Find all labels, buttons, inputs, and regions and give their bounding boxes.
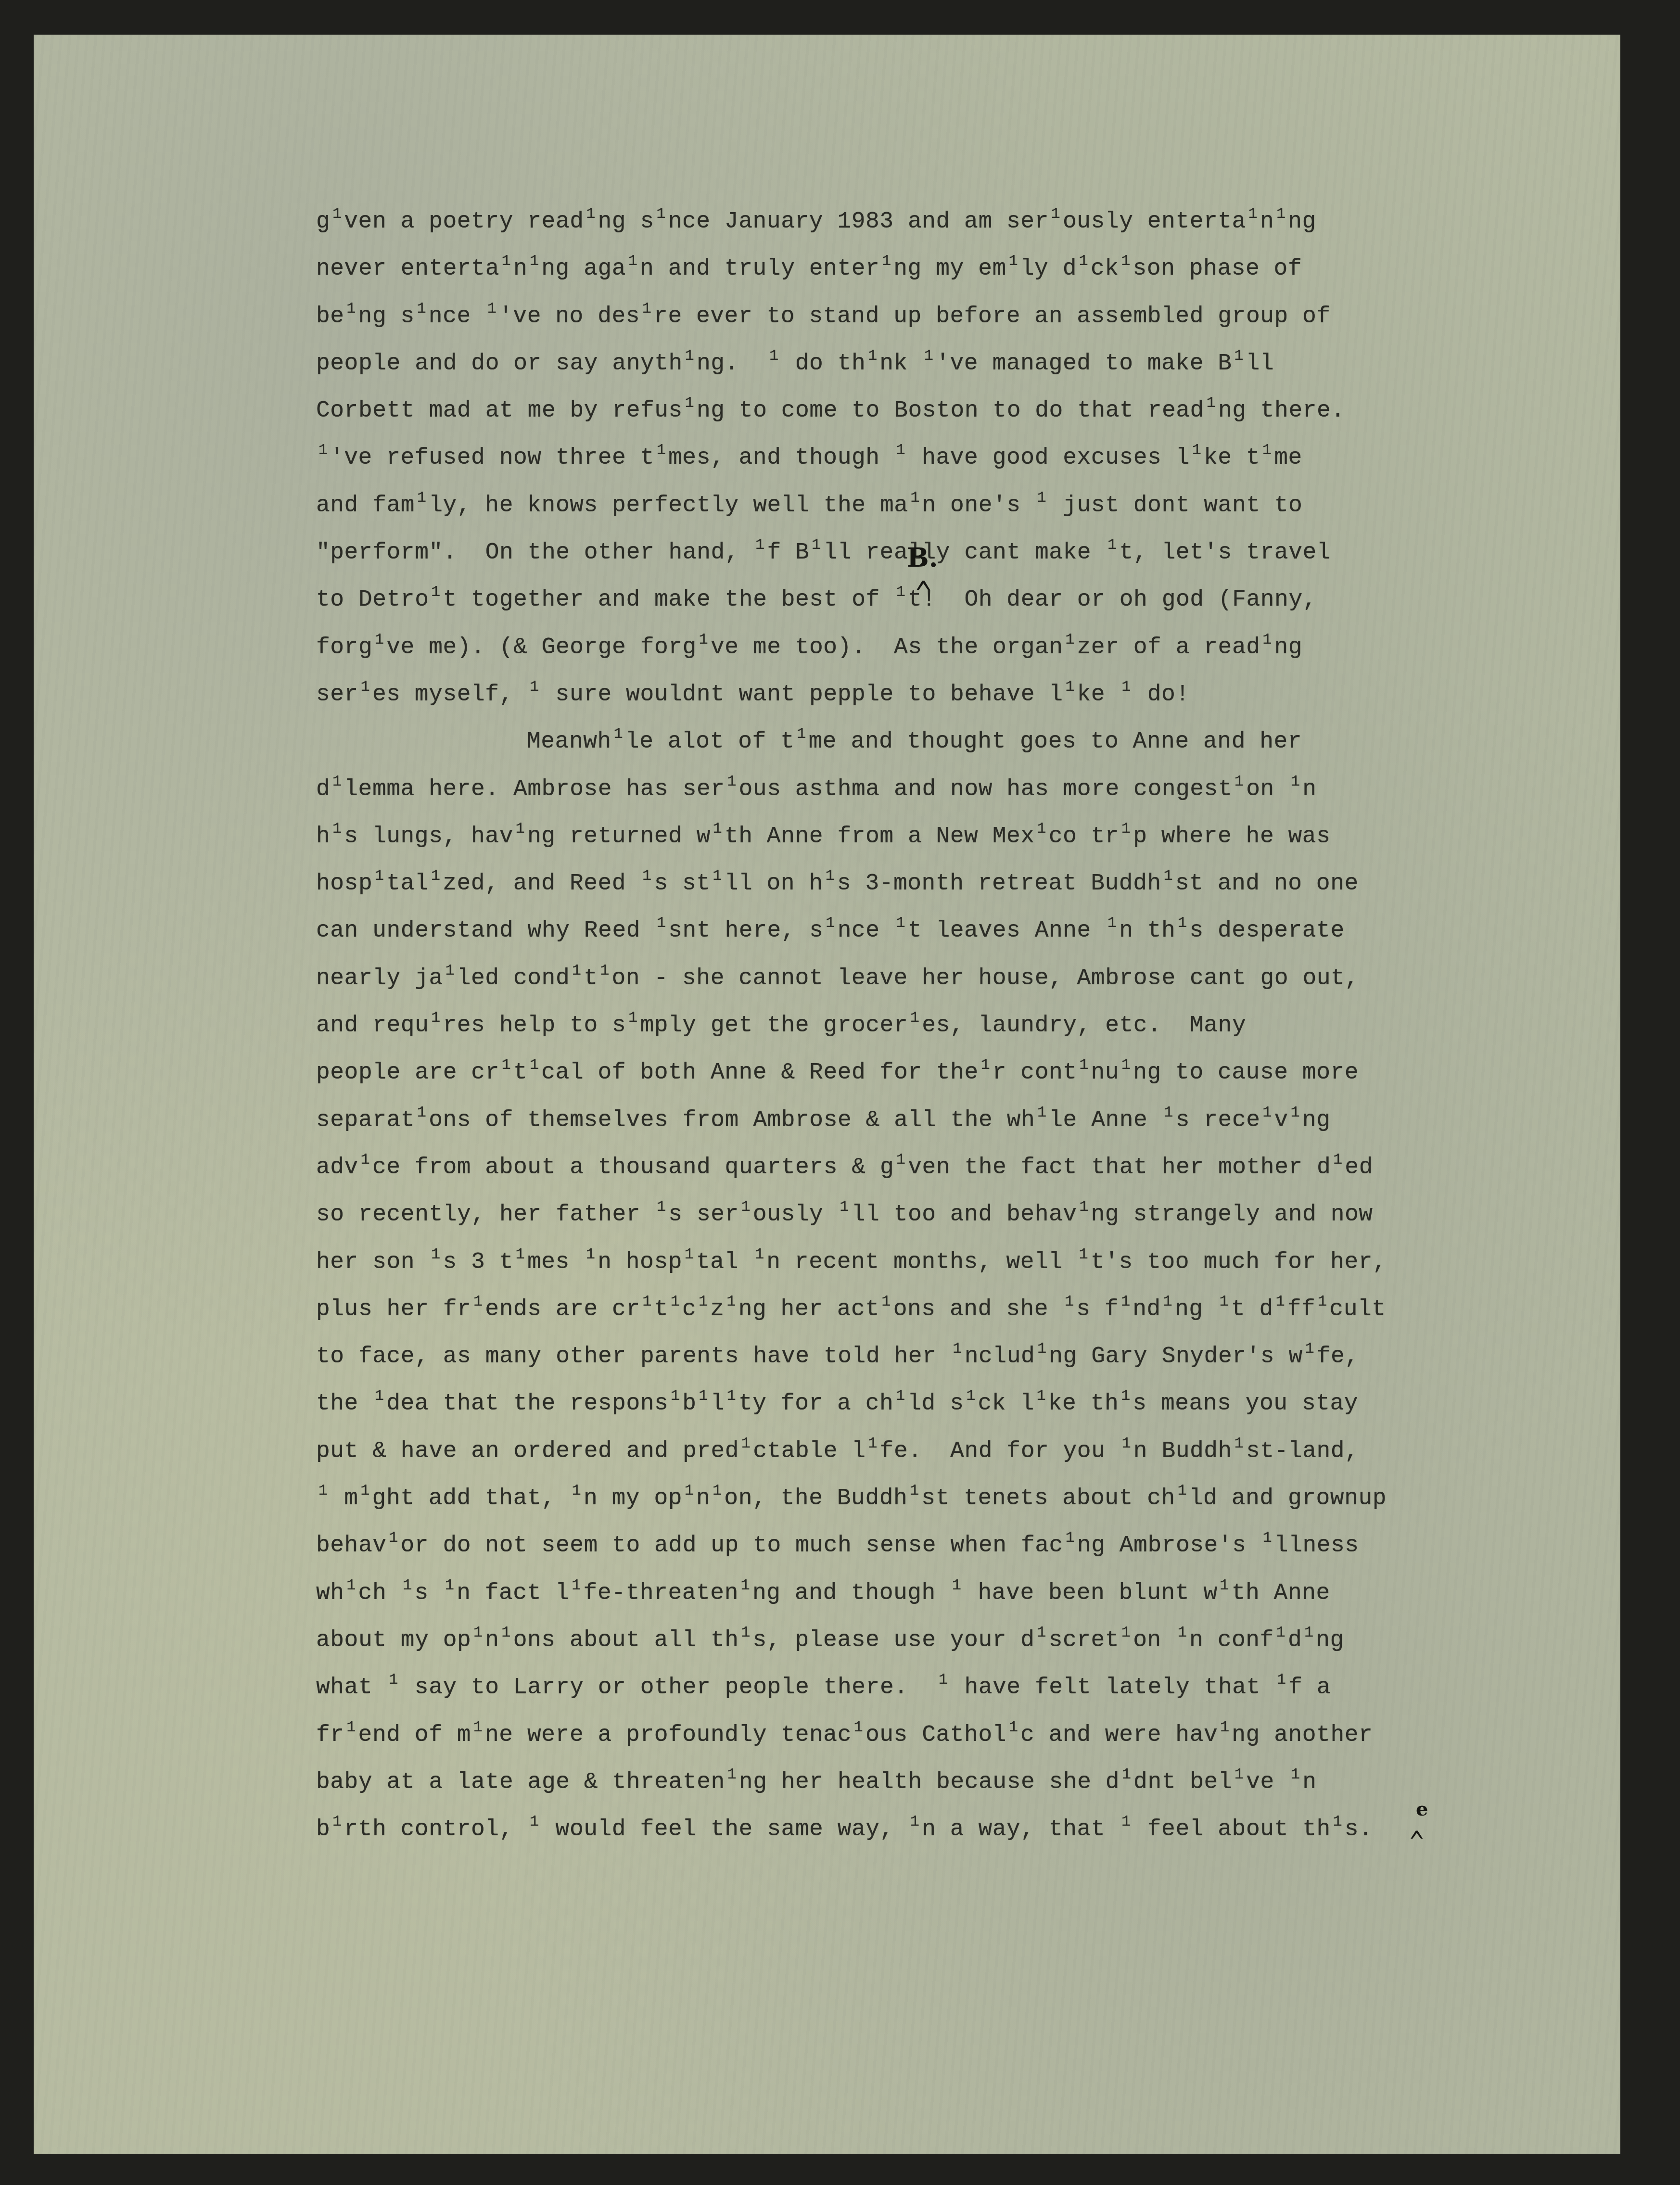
- raised-i-glyph: 1: [725, 1751, 739, 1798]
- raised-i-glyph: 1: [1161, 852, 1175, 900]
- text-line: to Detro1t together and make the best of…: [316, 576, 1615, 623]
- text-line: so recently, her father 1s ser1ously 1ll…: [316, 1191, 1615, 1238]
- raised-i-glyph: 1: [683, 332, 697, 380]
- raised-i-glyph: 1: [1119, 1042, 1133, 1089]
- raised-i-glyph: 1: [570, 947, 584, 994]
- raised-i-glyph: 1: [908, 474, 922, 521]
- text-line: her son 1s 3 t1mes 1n hosp1tal 1n recent…: [316, 1239, 1615, 1286]
- raised-i-glyph: 1: [711, 805, 725, 852]
- raised-i-glyph: 1: [415, 285, 429, 332]
- raised-i-glyph: 1: [1288, 1089, 1302, 1136]
- raised-i-glyph: 1: [1232, 758, 1246, 805]
- text-line: about my op1n1ons about all th1s, please…: [316, 1617, 1615, 1664]
- raised-i-glyph: 1: [415, 474, 429, 521]
- raised-i-glyph: 1: [809, 521, 823, 569]
- text-line: d1lemma here. Ambrose has ser1ous asthma…: [316, 766, 1615, 813]
- text-line: can understand why Reed 1snt here, s1nce…: [316, 907, 1615, 954]
- text-line: fr1end of m1ne were a profoundly tenac1o…: [316, 1712, 1615, 1759]
- raised-i-glyph: 1: [725, 1278, 738, 1325]
- raised-i-glyph: 1: [1175, 900, 1189, 947]
- raised-i-glyph: 1: [1274, 1609, 1288, 1656]
- text-line: and fam1ly, he knows perfectly well the …: [316, 482, 1615, 529]
- raised-i-glyph: 1: [485, 285, 499, 332]
- raised-i-glyph: 1: [1260, 1514, 1274, 1562]
- raised-i-glyph: 1: [1077, 238, 1091, 285]
- raised-i-glyph: 1: [640, 852, 654, 900]
- insertion-caret-icon: ^: [914, 573, 933, 614]
- raised-i-glyph: 1: [739, 1183, 753, 1231]
- raised-i-glyph: 1: [626, 994, 640, 1042]
- raised-i-glyph: 1: [1303, 1325, 1317, 1372]
- raised-i-glyph: 1: [1232, 1751, 1246, 1798]
- text-line: what 1 say to Larry or other people ther…: [316, 1664, 1615, 1711]
- raised-i-glyph: 1: [738, 1562, 752, 1609]
- raised-i-glyph: 1: [344, 1704, 358, 1751]
- raised-i-glyph: 1: [697, 1372, 711, 1420]
- raised-i-glyph: 1: [527, 663, 541, 711]
- raised-i-glyph: 1: [358, 1136, 372, 1183]
- text-line: never enterta1n1ng aga1n and truly enter…: [316, 245, 1615, 292]
- raised-i-glyph: 1: [1315, 1278, 1329, 1325]
- raised-i-glyph: 1: [894, 900, 908, 947]
- text-line: Corbett mad at me by refus1ng to come to…: [316, 387, 1615, 434]
- raised-i-glyph: 1: [725, 758, 739, 805]
- raised-i-glyph: 1: [1006, 1704, 1020, 1751]
- raised-i-glyph: 1: [640, 1278, 654, 1325]
- text-line: hosp1tal1zed, and Reed 1s st1ll on h1s 3…: [316, 860, 1615, 907]
- raised-i-glyph: 1: [1035, 474, 1049, 521]
- handwritten-insertion-b: B.: [907, 542, 938, 573]
- raised-i-glyph: 1: [429, 994, 443, 1042]
- raised-i-glyph: 1: [1105, 521, 1119, 569]
- raised-i-glyph: 1: [865, 332, 879, 380]
- raised-i-glyph: 1: [1288, 1751, 1302, 1798]
- raised-i-glyph: 1: [1232, 332, 1246, 380]
- raised-i-glyph: 1: [1035, 1089, 1049, 1136]
- raised-i-glyph: 1: [316, 427, 330, 474]
- raised-i-glyph: 1: [429, 852, 443, 900]
- raised-i-glyph: 1: [443, 1562, 457, 1609]
- raised-i-glyph: 1: [316, 1467, 330, 1514]
- raised-i-glyph: 1: [1274, 1656, 1288, 1703]
- raised-i-glyph: 1: [654, 1183, 668, 1231]
- raised-i-glyph: 1: [823, 852, 837, 900]
- raised-i-glyph: 1: [907, 1467, 921, 1514]
- raised-i-glyph: 1: [1063, 616, 1077, 663]
- raised-i-glyph: 1: [330, 191, 344, 238]
- raised-i-glyph: 1: [1077, 1183, 1091, 1231]
- raised-i-glyph: 1: [697, 616, 711, 663]
- text-line: behav1or do not seem to add up to much s…: [316, 1522, 1615, 1569]
- raised-i-glyph: 1: [794, 711, 808, 758]
- raised-i-glyph: 1: [894, 569, 908, 616]
- raised-i-glyph: 1: [936, 1656, 950, 1703]
- insertion-caret-icon: ^: [1409, 1826, 1425, 1859]
- raised-i-glyph: 1: [1105, 900, 1119, 947]
- raised-i-glyph: 1: [499, 1609, 513, 1656]
- raised-i-glyph: 1: [372, 852, 386, 900]
- raised-i-glyph: 1: [471, 1704, 485, 1751]
- raised-i-glyph: 1: [513, 805, 527, 852]
- raised-i-glyph: 1: [1274, 191, 1288, 238]
- raised-i-glyph: 1: [753, 521, 767, 569]
- raised-i-glyph: 1: [1175, 1467, 1189, 1514]
- raised-i-glyph: 1: [893, 1372, 907, 1420]
- raised-i-glyph: 1: [696, 1278, 710, 1325]
- raised-i-glyph: 1: [950, 1562, 964, 1609]
- raised-i-glyph: 1: [894, 427, 908, 474]
- raised-i-glyph: 1: [866, 1420, 880, 1467]
- raised-i-glyph: 1: [1119, 1798, 1133, 1845]
- raised-i-glyph: 1: [584, 191, 598, 238]
- raised-i-glyph: 1: [739, 1609, 753, 1656]
- raised-i-glyph: 1: [330, 758, 344, 805]
- raised-i-glyph: 1: [344, 1562, 358, 1609]
- handwritten-insertion-e: e: [1416, 1798, 1428, 1820]
- raised-i-glyph: 1: [654, 427, 668, 474]
- raised-i-glyph: 1: [908, 1798, 922, 1845]
- raised-i-glyph: 1: [1204, 380, 1218, 427]
- raised-i-glyph: 1: [1246, 191, 1260, 238]
- raised-i-glyph: 1: [964, 1372, 978, 1420]
- raised-i-glyph: 1: [725, 1372, 738, 1420]
- raised-i-glyph: 1: [682, 1231, 696, 1278]
- raised-i-glyph: 1: [908, 994, 922, 1042]
- raised-i-glyph: 1: [1035, 1609, 1049, 1656]
- raised-i-glyph: 1: [499, 1042, 513, 1089]
- raised-i-glyph: 1: [1260, 427, 1274, 474]
- raised-i-glyph: 1: [894, 1136, 908, 1183]
- raised-i-glyph: 1: [372, 1372, 386, 1420]
- raised-i-glyph: 1: [1218, 1562, 1232, 1609]
- raised-i-glyph: 1: [471, 1278, 485, 1325]
- raised-i-glyph: 1: [710, 1467, 724, 1514]
- raised-i-glyph: 1: [1035, 1325, 1049, 1372]
- letter-body: g1ven a poetry read1ng s1nce January 198…: [316, 198, 1615, 1853]
- raised-i-glyph: 1: [922, 332, 936, 380]
- text-line: "perform". On the other hand, 1f B1ll re…: [316, 529, 1615, 576]
- raised-i-glyph: 1: [1119, 1372, 1133, 1420]
- raised-i-glyph: 1: [527, 1798, 541, 1845]
- raised-i-glyph: 1: [1035, 805, 1049, 852]
- raised-i-glyph: 1: [626, 238, 640, 285]
- raised-i-glyph: 1: [1190, 427, 1204, 474]
- raised-i-glyph: 1: [668, 1278, 682, 1325]
- raised-i-glyph: 1: [1062, 1278, 1076, 1325]
- raised-i-glyph: 1: [711, 852, 725, 900]
- raised-i-glyph: 1: [951, 1325, 965, 1372]
- raised-i-glyph: 1: [1120, 1420, 1133, 1467]
- raised-i-glyph: 1: [1119, 1609, 1133, 1656]
- raised-i-glyph: 1: [1232, 1420, 1246, 1467]
- raised-i-glyph: 1: [1077, 1042, 1091, 1089]
- raised-i-glyph: 1: [570, 1562, 584, 1609]
- raised-i-glyph: 1: [429, 569, 443, 616]
- raised-i-glyph: 1: [499, 238, 513, 285]
- raised-i-glyph: 1: [1034, 1372, 1048, 1420]
- raised-i-glyph: 1: [513, 1231, 527, 1278]
- text-line: 1've refused now three t1mes, and though…: [316, 434, 1615, 482]
- raised-i-glyph: 1: [1217, 1278, 1231, 1325]
- raised-i-glyph: 1: [682, 1467, 696, 1514]
- raised-i-glyph: 1: [1120, 1751, 1133, 1798]
- raised-i-glyph: 1: [443, 947, 457, 994]
- raised-i-glyph: 1: [1331, 1798, 1345, 1845]
- text-line: nearly ja1led cond1t1on - she cannot lea…: [316, 955, 1615, 1002]
- raised-i-glyph: 1: [654, 191, 668, 238]
- raised-i-glyph: 1: [1063, 663, 1077, 711]
- raised-i-glyph: 1: [1288, 758, 1302, 805]
- text-line: ser1es myself, 1 sure wouldnt want peppl…: [316, 671, 1615, 718]
- text-line: plus her fr1ends are cr1t1c1z1ng her act…: [316, 1286, 1615, 1333]
- raised-i-glyph: 1: [598, 947, 612, 994]
- raised-i-glyph: 1: [879, 238, 893, 285]
- raised-i-glyph: 1: [838, 1183, 852, 1231]
- raised-i-glyph: 1: [372, 616, 386, 663]
- raised-i-glyph: 1: [611, 711, 625, 758]
- raised-i-glyph: 1: [1119, 805, 1133, 852]
- paper-page: g1ven a poetry read1ng s1nce January 198…: [34, 35, 1620, 2154]
- raised-i-glyph: 1: [1063, 1514, 1077, 1562]
- raised-i-glyph: 1: [330, 1798, 344, 1845]
- raised-i-glyph: 1: [683, 380, 697, 427]
- raised-i-glyph: 1: [1218, 1704, 1232, 1751]
- raised-i-glyph: 1: [1260, 1089, 1274, 1136]
- text-line: forg1ve me). (& George forg1ve me too). …: [316, 624, 1615, 671]
- raised-i-glyph: 1: [879, 1278, 893, 1325]
- raised-i-glyph: 1: [330, 805, 344, 852]
- raised-i-glyph: 1: [1006, 238, 1020, 285]
- text-line: people and do or say anyth1ng. 1 do th1n…: [316, 340, 1615, 387]
- raised-i-glyph: 1: [527, 238, 541, 285]
- raised-i-glyph: 1: [1077, 1231, 1091, 1278]
- text-line: h1s lungs, hav1ng returned w1th Anne fro…: [316, 813, 1615, 860]
- raised-i-glyph: 1: [1260, 616, 1274, 663]
- raised-i-glyph: 1: [471, 1609, 485, 1656]
- raised-i-glyph: 1: [358, 1467, 372, 1514]
- raised-i-glyph: 1: [415, 1089, 429, 1136]
- raised-i-glyph: 1: [979, 1042, 993, 1089]
- raised-i-glyph: 1: [1161, 1278, 1175, 1325]
- text-line: separat1ons of themselves from Ambrose &…: [316, 1097, 1615, 1144]
- raised-i-glyph: 1: [640, 285, 654, 332]
- raised-i-glyph: 1: [1049, 191, 1063, 238]
- raised-i-glyph: 1: [527, 1042, 541, 1089]
- raised-i-glyph: 1: [739, 1420, 753, 1467]
- raised-i-glyph: 1: [1119, 663, 1133, 711]
- raised-i-glyph: 1: [767, 332, 781, 380]
- raised-i-glyph: 1: [401, 1562, 415, 1609]
- raised-i-glyph: 1: [654, 900, 668, 947]
- raised-i-glyph: 1: [358, 663, 372, 711]
- text-line: 1 m1ght add that, 1n my op1n1on, the Bud…: [316, 1475, 1615, 1522]
- text-line: adv1ce from about a thousand quarters & …: [316, 1144, 1615, 1191]
- raised-i-glyph: 1: [752, 1231, 766, 1278]
- raised-i-glyph: 1: [387, 1514, 401, 1562]
- text-line: Meanwh1le alot of t1me and thought goes …: [316, 718, 1615, 765]
- raised-i-glyph: 1: [852, 1704, 865, 1751]
- raised-i-glyph: 1: [668, 1372, 682, 1420]
- raised-i-glyph: 1: [1273, 1278, 1287, 1325]
- raised-i-glyph: 1: [1175, 1609, 1189, 1656]
- raised-i-glyph: 1: [824, 900, 838, 947]
- raised-i-glyph: 1: [1162, 1089, 1176, 1136]
- raised-i-glyph: 1: [429, 1231, 443, 1278]
- raised-i-glyph: 1: [584, 1231, 598, 1278]
- raised-i-glyph: 1: [570, 1467, 584, 1514]
- raised-i-glyph: 1: [1331, 1136, 1345, 1183]
- raised-i-glyph: 1: [1302, 1609, 1316, 1656]
- raised-i-glyph: 1: [1119, 1278, 1133, 1325]
- raised-i-glyph: 1: [387, 1656, 401, 1703]
- raised-i-glyph: 1: [1119, 238, 1133, 285]
- text-line: people are cr1t1cal of both Anne & Reed …: [316, 1049, 1615, 1096]
- text-line: the 1dea that the respons1b1l1ty for a c…: [316, 1380, 1615, 1427]
- text-line: put & have an ordered and pred1ctable l1…: [316, 1428, 1615, 1475]
- text-line: be1ng s1nce 1've no des1re ever to stand…: [316, 293, 1615, 340]
- raised-i-glyph: 1: [344, 285, 358, 332]
